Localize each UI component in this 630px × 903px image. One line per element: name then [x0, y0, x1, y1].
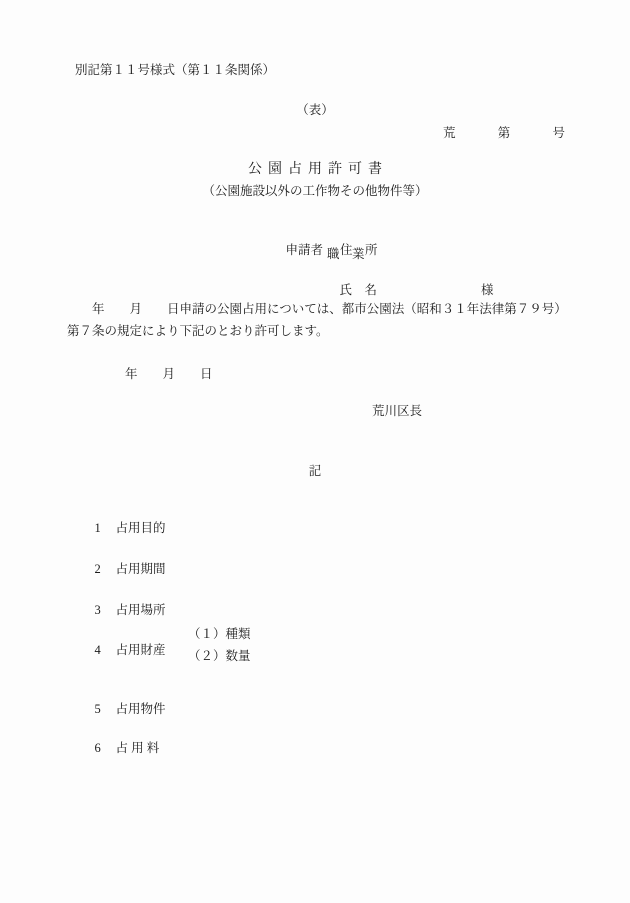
occupation-label: 職 業	[327, 247, 365, 263]
item-number: 4	[95, 643, 116, 659]
doc-number: 荒 第 号	[443, 126, 565, 142]
issue-date-line: 年 月 日	[125, 367, 213, 383]
list-subitem-kind: （１）種類	[188, 627, 251, 643]
list-subitem-quantity: （２）数量	[188, 649, 251, 665]
item-number: 2	[95, 562, 116, 578]
item-number: 3	[95, 603, 116, 619]
record-heading: 記	[0, 464, 630, 480]
item-label: 占用目的	[116, 521, 166, 535]
applicant-label: 申請者	[286, 243, 324, 257]
item-label: 占用財産	[116, 643, 166, 657]
body-paragraph-line2: 第７条の規定により下記のとおり許可します。	[67, 324, 329, 340]
signer-mayor: 荒川区長	[372, 404, 422, 420]
body-paragraph-line1: 年 月 日申請の公園占用については、都市公園法（昭和３１年法律第７９号）	[67, 302, 567, 318]
doc-number-suffix: 号	[552, 126, 565, 142]
doc-number-prefix: 荒	[443, 126, 456, 142]
list-item-period: 2占用期間	[82, 546, 166, 593]
item-label: 占 用 料	[116, 741, 160, 755]
form-id-label: 別記第１１号様式（第１１条関係）	[75, 63, 275, 79]
doc-number-middle: 第	[498, 126, 511, 142]
document-page: 別記第１１号様式（第１１条関係） （表） 荒 第 号 公園占用許可書 （公園施設…	[0, 0, 630, 903]
list-item-property: 4占用財産	[82, 627, 166, 674]
item-label: 占用物件	[116, 702, 166, 716]
document-subtitle: （公園施設以外の工作物その他物件等）	[0, 184, 630, 200]
side-label: （表）	[0, 103, 630, 119]
list-item-fee: 6占 用 料	[82, 725, 159, 772]
item-number: 1	[95, 521, 116, 537]
document-title: 公園占用許可書	[0, 161, 630, 179]
name-label: 氏 名	[340, 283, 378, 297]
list-item-purpose: 1占用目的	[82, 505, 166, 552]
item-number: 6	[95, 741, 116, 757]
item-number: 5	[95, 702, 116, 718]
honorific-sama: 様	[481, 283, 494, 297]
item-label: 占用場所	[116, 603, 166, 617]
item-label: 占用期間	[116, 562, 166, 576]
